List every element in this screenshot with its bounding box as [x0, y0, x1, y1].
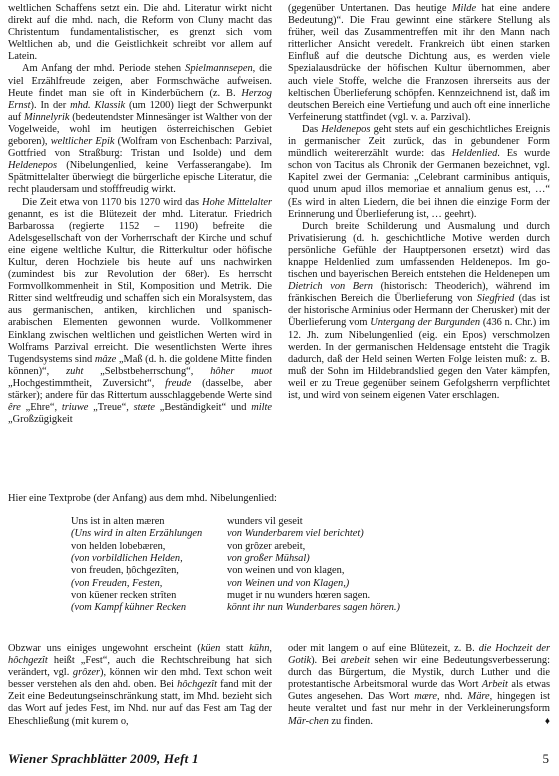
poem-line: von küener recken strîtenmuget ir nu wun… [71, 590, 491, 602]
text-run: „Beständigkeit“ und [155, 402, 251, 413]
poem-second-half: von grôzer arebeit, [227, 541, 305, 553]
poem-second-half: wunders vil geseit [227, 516, 303, 528]
italic-term: Mär-chen [288, 716, 329, 727]
left-column: weltlichen Schaffens setzt ein. Die ahd.… [8, 3, 272, 426]
italic-term: grôzer [73, 667, 100, 678]
paragraph: Die Zeit etwa von 1170 bis 1270 wird das… [8, 197, 272, 427]
italic-term: weltlicher Epik [51, 136, 115, 147]
poem-excerpt: Uns ist in alten mærenwunders vil geseit… [71, 516, 491, 615]
text-run: „Selbstbeherrschung“, [83, 366, 210, 377]
italic-term: freude [165, 378, 191, 389]
paragraph: Obzwar uns einiges ungewohnt erscheint (… [8, 643, 272, 728]
poem-second-half: von Weinen und von Klagen,) [227, 578, 349, 590]
italic-term: hôher muot [210, 366, 272, 377]
italic-term: kühn [249, 643, 269, 654]
poem-second-half: von großer Mühsal) [227, 553, 310, 565]
poem-first-half: von küener recken strîten [71, 590, 227, 602]
text-run: genannt, es ist die Blütezeit der mhd. L… [8, 209, 272, 365]
poem-intro: Hier eine Textprobe (der Anfang) aus dem… [8, 493, 548, 505]
poem-line: von freuden, ḥôchgezîten,von weinen und … [71, 565, 491, 577]
text-run: hat eine an­dere Bedeutung)“. Die Frau g… [288, 3, 550, 123]
italic-term: Siegfried [477, 293, 515, 304]
poem-line: Uns ist in alten mærenwunders vil geseit [71, 516, 491, 528]
poem-translation-line: (vom Kampf kühner Reckenkönnt ihr nun Wu… [71, 602, 491, 614]
italic-term: Untergang der Burgunden [370, 317, 480, 328]
paragraph: weltlichen Schaffens setzt ein. Die ahd.… [8, 3, 272, 63]
poem-first-half: von helden lobebæren, [71, 541, 227, 553]
text-run: (436 n. Chr.) im 12. Jh. zum Nibelungenl… [288, 317, 550, 401]
poem-second-half: von Wunderbarem viel berichtet) [227, 528, 364, 540]
italic-term: triuwe [62, 402, 89, 413]
publication-title: Wiener Sprachblätter 2009, Heft 1 [8, 751, 199, 767]
italic-term: hôchgezît [177, 679, 217, 690]
text-run: „Treue“, [88, 402, 133, 413]
poem-first-half: (von Freuden, Festen, [71, 578, 227, 590]
document-page: weltlichen Schaffens setzt ein. Die ahd.… [0, 0, 559, 776]
italic-term: mâze [95, 354, 116, 365]
poem-first-half: (vom Kampf kühner Recken [71, 602, 227, 614]
text-run: , nhd. [437, 691, 468, 702]
poem-translation-line: (von vorbildlichen Helden,von großer Müh… [71, 553, 491, 565]
text-run: ). Bei [311, 655, 341, 666]
text-run: (gegenüber Untertanen. Das heutige [288, 3, 452, 14]
bottom-right-column: oder mit langem o auf eine Blütezeit, z.… [288, 643, 550, 728]
poem-first-half: Uns ist in alten mæren [71, 516, 227, 528]
poem-second-half: könnt ihr nun Wunderbares sagen hören.) [227, 602, 400, 614]
poem-first-half: von freuden, ḥôchgezîten, [71, 565, 227, 577]
italic-term: milte [251, 402, 272, 413]
paragraph: Am Anfang der mhd. Periode stehen Spielm… [8, 63, 272, 196]
paragraph: (gegenüber Untertanen. Das heutige Milde… [288, 3, 550, 124]
italic-term: stæte [134, 402, 155, 413]
text-run: oder mit langem o auf eine Blütezeit, z.… [288, 643, 479, 654]
text-run: , [269, 643, 272, 654]
italic-term: hôchgezît [8, 655, 48, 666]
poem-second-half: von weinen und von klagen, [227, 565, 344, 577]
text-run: Durch breite Schilderung und Ausmalung u… [288, 221, 550, 280]
poem-translation-line: (Uns wird in alten Erzählungenvon Wunder… [71, 528, 491, 540]
italic-term: Heldenlied [452, 148, 498, 159]
italic-term: küen [201, 643, 221, 654]
italic-term: mære [414, 691, 437, 702]
italic-term: Minnelyrik [24, 112, 70, 123]
paragraph: oder mit langem o auf eine Blütezeit, z.… [288, 643, 550, 728]
italic-term: zuht [66, 366, 83, 377]
poem-second-half: muget ir nu wunders hœren sagen. [227, 590, 370, 602]
text-run: zu finden. [329, 716, 373, 727]
text-run: Die Zeit etwa von 1170 bis 1270 wird das [22, 197, 202, 208]
italic-term: Märe [468, 691, 490, 702]
italic-term: arebeit [341, 655, 370, 666]
italic-term: Spielmannsepen [185, 63, 253, 74]
italic-term: Heldenepos [8, 160, 57, 171]
italic-term: Arbeit [482, 679, 508, 690]
text-run: „Großzügigkeit [8, 414, 73, 425]
text-run: Obzwar uns einiges ungewohnt erscheint ( [8, 643, 201, 654]
text-run: Am Anfang der mhd. Periode stehen [22, 63, 185, 74]
poem-translation-line: (von Freuden, Festen,von Weinen und von … [71, 578, 491, 590]
italic-term: Milde [452, 3, 476, 14]
poem-first-half: (von vorbildlichen Helden, [71, 553, 227, 565]
page-number: 5 [543, 751, 550, 767]
poem-first-half: (Uns wird in alten Erzählungen [71, 528, 227, 540]
text-run: „Hochgestimmtheit, Zuversicht“, [8, 378, 165, 389]
italic-term: Heldenepos [321, 124, 370, 135]
italic-term: mhd. Klassik [70, 100, 125, 111]
text-run: statt [220, 643, 249, 654]
poem-line: von helden lobebæren,von grôzer arebeit, [71, 541, 491, 553]
bottom-left-column: Obzwar uns einiges ungewohnt erscheint (… [8, 643, 272, 728]
paragraph: Das Heldenepos geht stets auf ein geschi… [288, 124, 550, 221]
text-run: ). In der [31, 100, 71, 111]
paragraph: Durch breite Schilderung und Ausmalung u… [288, 221, 550, 402]
italic-term: Hohe Mit­telalter [202, 197, 272, 208]
text-run: Das [302, 124, 321, 135]
right-column: (gegenüber Untertanen. Das heutige Milde… [288, 3, 550, 402]
end-of-article-diamond-icon: ♦ [545, 716, 550, 728]
text-run: „Ehre“, [21, 402, 62, 413]
italic-term: Dietrich von Bern [288, 281, 373, 292]
italic-term: êre [8, 402, 21, 413]
